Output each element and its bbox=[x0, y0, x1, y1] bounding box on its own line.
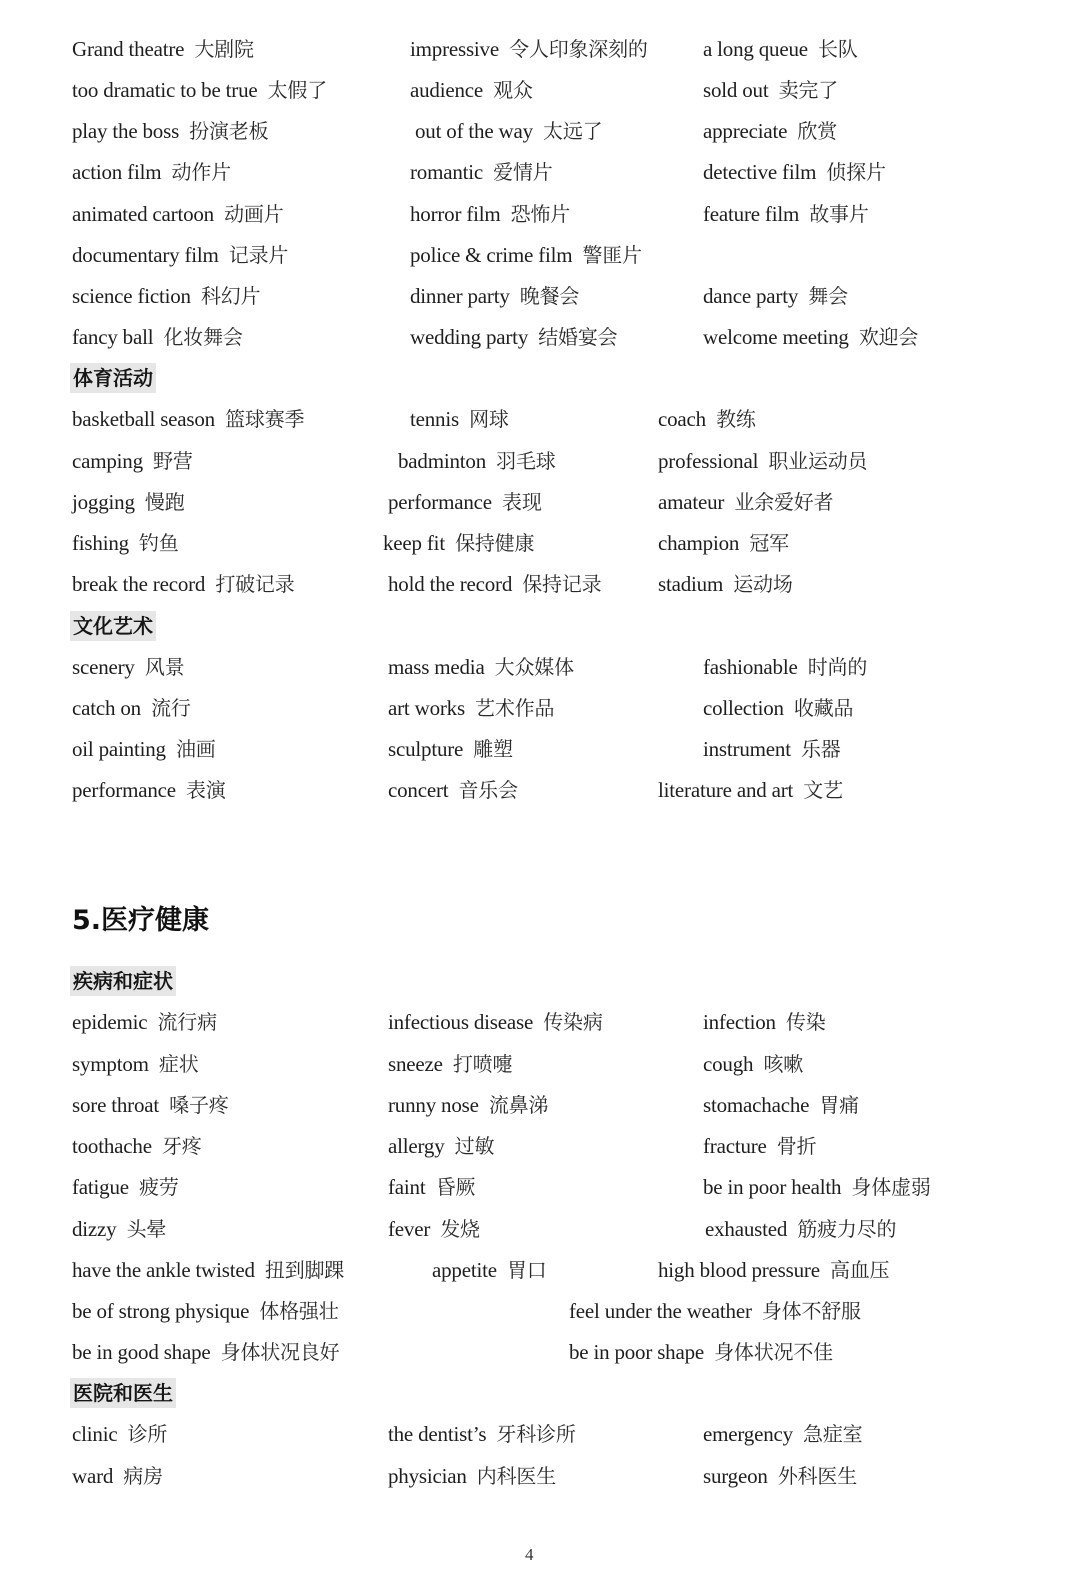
english-term: camping bbox=[72, 449, 143, 473]
vocab-entry: police & crime film 警匪片 bbox=[410, 241, 642, 269]
chinese-translation: 嗓子疼 bbox=[169, 1093, 228, 1117]
vocab-entry: amateur 业余爱好者 bbox=[658, 488, 833, 516]
vocab-entry: mass media 大众媒体 bbox=[388, 653, 574, 681]
vocab-entry: animated cartoon 动画片 bbox=[72, 200, 284, 228]
chinese-translation: 过敏 bbox=[455, 1134, 495, 1158]
english-term: clinic bbox=[72, 1422, 117, 1446]
vocab-entry: feature film 故事片 bbox=[703, 200, 869, 228]
chinese-translation: 表演 bbox=[186, 778, 226, 802]
vocab-entry: detective film 侦探片 bbox=[703, 158, 886, 186]
chinese-translation: 化妆舞会 bbox=[163, 325, 242, 349]
chinese-translation: 身体虚弱 bbox=[851, 1175, 930, 1199]
chinese-translation: 身体状况良好 bbox=[221, 1340, 340, 1364]
vocab-entry: runny nose 流鼻涕 bbox=[388, 1091, 548, 1119]
vocab-entry: infectious disease 传染病 bbox=[388, 1008, 603, 1036]
category-heading: 文化艺术 bbox=[70, 611, 156, 641]
vocab-entry: badminton 羽毛球 bbox=[398, 447, 556, 475]
english-term: action film bbox=[72, 160, 161, 184]
english-term: epidemic bbox=[72, 1010, 147, 1034]
english-term: horror film bbox=[410, 202, 501, 226]
chinese-translation: 打喷嚏 bbox=[453, 1052, 512, 1076]
vocab-entry: fatigue 疲劳 bbox=[72, 1173, 179, 1201]
vocab-entry: art works 艺术作品 bbox=[388, 694, 554, 722]
chinese-translation: 症状 bbox=[159, 1052, 199, 1076]
chinese-translation: 内科医生 bbox=[477, 1464, 556, 1488]
chinese-translation: 保持健康 bbox=[455, 531, 534, 555]
category-heading: 医院和医生 bbox=[70, 1378, 176, 1408]
vocab-entry: fishing 钓鱼 bbox=[72, 529, 179, 557]
english-term: hold the record bbox=[388, 572, 512, 596]
chinese-translation: 网球 bbox=[469, 407, 509, 431]
chinese-translation: 音乐会 bbox=[459, 778, 518, 802]
chinese-translation: 野营 bbox=[153, 449, 193, 473]
chinese-translation: 太远了 bbox=[543, 119, 602, 143]
english-term: ward bbox=[72, 1464, 113, 1488]
english-term: professional bbox=[658, 449, 758, 473]
english-term: appreciate bbox=[703, 119, 787, 143]
vocab-entry: dinner party 晚餐会 bbox=[410, 282, 579, 310]
chinese-translation: 牙科诊所 bbox=[496, 1422, 575, 1446]
english-term: allergy bbox=[388, 1134, 445, 1158]
vocab-entry: welcome meeting 欢迎会 bbox=[703, 323, 918, 351]
chinese-translation: 流行 bbox=[151, 696, 191, 720]
english-term: surgeon bbox=[703, 1464, 768, 1488]
vocab-entry: allergy 过敏 bbox=[388, 1132, 494, 1160]
vocab-entry: performance 表演 bbox=[72, 776, 226, 804]
vocab-entry: literature and art 文艺 bbox=[658, 776, 843, 804]
english-term: too dramatic to be true bbox=[72, 78, 258, 102]
vocab-entry: collection 收藏品 bbox=[703, 694, 853, 722]
vocab-entry: wedding party 结婚宴会 bbox=[410, 323, 617, 351]
vocab-entry: stadium 运动场 bbox=[658, 570, 793, 598]
chinese-translation: 动画片 bbox=[224, 202, 283, 226]
chinese-translation: 身体状况不佳 bbox=[714, 1340, 833, 1364]
english-term: scenery bbox=[72, 655, 135, 679]
vocab-entry: faint 昏厥 bbox=[388, 1173, 475, 1201]
chinese-translation: 发烧 bbox=[440, 1217, 480, 1241]
english-term: faint bbox=[388, 1175, 425, 1199]
english-term: be in good shape bbox=[72, 1340, 211, 1364]
english-term: detective film bbox=[703, 160, 816, 184]
chinese-translation: 扮演老板 bbox=[189, 119, 268, 143]
english-term: concert bbox=[388, 778, 448, 802]
chinese-translation: 诊所 bbox=[128, 1422, 168, 1446]
english-term: literature and art bbox=[658, 778, 793, 802]
vocab-entry: fashionable 时尚的 bbox=[703, 653, 867, 681]
chinese-translation: 太假了 bbox=[268, 78, 327, 102]
vocab-entry: be in poor shape 身体状况不佳 bbox=[569, 1338, 833, 1366]
chinese-translation: 羽毛球 bbox=[496, 449, 555, 473]
vocab-entry: romantic 爱情片 bbox=[410, 158, 553, 186]
chinese-translation: 欢迎会 bbox=[859, 325, 918, 349]
english-term: fatigue bbox=[72, 1175, 129, 1199]
english-term: fashionable bbox=[703, 655, 798, 679]
chinese-translation: 冠军 bbox=[749, 531, 789, 555]
vocab-entry: dizzy 头晕 bbox=[72, 1215, 166, 1243]
chinese-translation: 钓鱼 bbox=[139, 531, 179, 555]
vocab-entry: the dentist’s 牙科诊所 bbox=[388, 1420, 576, 1448]
vocab-entry: sculpture 雕塑 bbox=[388, 735, 513, 763]
vocab-entry: be in poor health 身体虚弱 bbox=[703, 1173, 931, 1201]
vocab-entry: professional 职业运动员 bbox=[658, 447, 867, 475]
chinese-translation: 打破记录 bbox=[215, 572, 294, 596]
chinese-translation: 流鼻涕 bbox=[489, 1093, 548, 1117]
english-term: cough bbox=[703, 1052, 753, 1076]
chinese-translation: 身体不舒服 bbox=[762, 1299, 861, 1323]
chinese-translation: 大众媒体 bbox=[495, 655, 574, 679]
chinese-translation: 结婚宴会 bbox=[538, 325, 617, 349]
vocabulary-page: Grand theatre 大剧院impressive 令人印象深刻的a lon… bbox=[0, 0, 1080, 1577]
category-heading: 疾病和症状 bbox=[70, 966, 176, 996]
vocab-entry: fracture 骨折 bbox=[703, 1132, 816, 1160]
english-term: basketball season bbox=[72, 407, 215, 431]
vocab-entry: infection 传染 bbox=[703, 1008, 826, 1036]
chinese-translation: 大剧院 bbox=[194, 37, 253, 61]
vocab-entry: be of strong physique 体格强壮 bbox=[72, 1297, 339, 1325]
chinese-translation: 传染病 bbox=[543, 1010, 602, 1034]
english-term: collection bbox=[703, 696, 784, 720]
chinese-translation: 职业运动员 bbox=[768, 449, 867, 473]
english-term: be in poor shape bbox=[569, 1340, 704, 1364]
vocab-entry: be in good shape 身体状况良好 bbox=[72, 1338, 339, 1366]
vocab-entry: cough 咳嗽 bbox=[703, 1050, 803, 1078]
chinese-translation: 疲劳 bbox=[139, 1175, 179, 1199]
vocab-entry: clinic 诊所 bbox=[72, 1420, 167, 1448]
chinese-translation: 艺术作品 bbox=[475, 696, 554, 720]
chinese-translation: 警匪片 bbox=[583, 243, 642, 267]
english-term: the dentist’s bbox=[388, 1422, 486, 1446]
chinese-translation: 侦探片 bbox=[826, 160, 885, 184]
english-term: infectious disease bbox=[388, 1010, 533, 1034]
english-term: catch on bbox=[72, 696, 141, 720]
chinese-translation: 舞会 bbox=[808, 284, 848, 308]
english-term: welcome meeting bbox=[703, 325, 849, 349]
english-term: police & crime film bbox=[410, 243, 572, 267]
vocab-entry: performance 表现 bbox=[388, 488, 542, 516]
vocab-entry: tennis 网球 bbox=[410, 405, 509, 433]
english-term: high blood pressure bbox=[658, 1258, 820, 1282]
vocab-entry: sore throat 嗓子疼 bbox=[72, 1091, 229, 1119]
chinese-translation: 头晕 bbox=[127, 1217, 167, 1241]
page-number: 4 bbox=[525, 1545, 534, 1565]
vocab-entry: champion 冠军 bbox=[658, 529, 789, 557]
chinese-translation: 胃口 bbox=[507, 1258, 547, 1282]
vocab-entry: appetite 胃口 bbox=[432, 1256, 547, 1284]
english-term: stadium bbox=[658, 572, 723, 596]
english-term: stomachache bbox=[703, 1093, 809, 1117]
english-term: fracture bbox=[703, 1134, 767, 1158]
english-term: instrument bbox=[703, 737, 791, 761]
english-term: be in poor health bbox=[703, 1175, 841, 1199]
vocab-entry: Grand theatre 大剧院 bbox=[72, 35, 254, 63]
vocab-entry: fancy ball 化妆舞会 bbox=[72, 323, 243, 351]
vocab-entry: physician 内科医生 bbox=[388, 1462, 556, 1490]
english-term: impressive bbox=[410, 37, 499, 61]
chinese-translation: 高血压 bbox=[830, 1258, 889, 1282]
chinese-translation: 收藏品 bbox=[794, 696, 853, 720]
english-term: romantic bbox=[410, 160, 483, 184]
vocab-entry: oil painting 油画 bbox=[72, 735, 216, 763]
vocab-entry: sold out 卖完了 bbox=[703, 76, 838, 104]
english-term: animated cartoon bbox=[72, 202, 214, 226]
vocab-entry: impressive 令人印象深刻的 bbox=[410, 35, 648, 63]
chinese-translation: 动作片 bbox=[171, 160, 230, 184]
english-term: sculpture bbox=[388, 737, 463, 761]
chinese-translation: 慢跑 bbox=[145, 490, 185, 514]
chinese-translation: 病房 bbox=[123, 1464, 163, 1488]
english-term: oil painting bbox=[72, 737, 166, 761]
english-term: sore throat bbox=[72, 1093, 159, 1117]
chinese-translation: 骨折 bbox=[777, 1134, 817, 1158]
english-term: have the ankle twisted bbox=[72, 1258, 255, 1282]
chinese-translation: 胃痛 bbox=[819, 1093, 859, 1117]
english-term: documentary film bbox=[72, 243, 219, 267]
chinese-translation: 爱情片 bbox=[493, 160, 552, 184]
english-term: performance bbox=[72, 778, 176, 802]
vocab-entry: concert 音乐会 bbox=[388, 776, 518, 804]
section-title: 5.医疗健康 bbox=[72, 903, 209, 939]
vocab-entry: a long queue 长队 bbox=[703, 35, 858, 63]
english-term: fancy ball bbox=[72, 325, 153, 349]
english-term: champion bbox=[658, 531, 739, 555]
vocab-entry: break the record 打破记录 bbox=[72, 570, 295, 598]
english-term: performance bbox=[388, 490, 492, 514]
vocab-entry: instrument 乐器 bbox=[703, 735, 841, 763]
vocab-entry: symptom 症状 bbox=[72, 1050, 199, 1078]
vocab-entry: surgeon 外科医生 bbox=[703, 1462, 857, 1490]
vocab-entry: audience 观众 bbox=[410, 76, 533, 104]
english-term: emergency bbox=[703, 1422, 793, 1446]
chinese-translation: 表现 bbox=[502, 490, 542, 514]
chinese-translation: 乐器 bbox=[801, 737, 841, 761]
english-term: break the record bbox=[72, 572, 205, 596]
chinese-translation: 雕塑 bbox=[473, 737, 513, 761]
vocab-entry: sneeze 打喷嚏 bbox=[388, 1050, 512, 1078]
english-term: feature film bbox=[703, 202, 799, 226]
chinese-translation: 体格强壮 bbox=[259, 1299, 338, 1323]
vocab-entry: emergency 急症室 bbox=[703, 1420, 862, 1448]
vocab-entry: toothache 牙疼 bbox=[72, 1132, 202, 1160]
chinese-translation: 观众 bbox=[493, 78, 533, 102]
chinese-translation: 咳嗽 bbox=[763, 1052, 803, 1076]
vocab-entry: scenery 风景 bbox=[72, 653, 184, 681]
vocab-entry: appreciate 欣赏 bbox=[703, 117, 837, 145]
english-term: Grand theatre bbox=[72, 37, 184, 61]
chinese-translation: 业余爱好者 bbox=[734, 490, 833, 514]
vocab-entry: action film 动作片 bbox=[72, 158, 231, 186]
english-term: play the boss bbox=[72, 119, 179, 143]
english-term: out of the way bbox=[415, 119, 533, 143]
chinese-translation: 晚餐会 bbox=[520, 284, 579, 308]
english-term: art works bbox=[388, 696, 465, 720]
vocab-entry: keep fit 保持健康 bbox=[383, 529, 534, 557]
chinese-translation: 扭到脚踝 bbox=[265, 1258, 344, 1282]
english-term: fever bbox=[388, 1217, 430, 1241]
chinese-translation: 篮球赛季 bbox=[225, 407, 304, 431]
english-term: sneeze bbox=[388, 1052, 443, 1076]
english-term: toothache bbox=[72, 1134, 152, 1158]
english-term: dinner party bbox=[410, 284, 510, 308]
english-term: a long queue bbox=[703, 37, 808, 61]
english-term: keep fit bbox=[383, 531, 445, 555]
english-term: be of strong physique bbox=[72, 1299, 249, 1323]
english-term: physician bbox=[388, 1464, 467, 1488]
chinese-translation: 运动场 bbox=[733, 572, 792, 596]
chinese-translation: 时尚的 bbox=[808, 655, 867, 679]
english-term: amateur bbox=[658, 490, 724, 514]
vocab-entry: coach 教练 bbox=[658, 405, 756, 433]
vocab-entry: out of the way 太远了 bbox=[415, 117, 602, 145]
english-term: infection bbox=[703, 1010, 776, 1034]
chinese-translation: 牙疼 bbox=[162, 1134, 202, 1158]
vocab-entry: fever 发烧 bbox=[388, 1215, 480, 1243]
vocab-entry: horror film 恐怖片 bbox=[410, 200, 570, 228]
vocab-entry: feel under the weather 身体不舒服 bbox=[569, 1297, 861, 1325]
vocab-entry: ward 病房 bbox=[72, 1462, 163, 1490]
vocab-entry: have the ankle twisted 扭到脚踝 bbox=[72, 1256, 344, 1284]
chinese-translation: 风景 bbox=[145, 655, 185, 679]
chinese-translation: 外科医生 bbox=[778, 1464, 857, 1488]
chinese-translation: 保持记录 bbox=[522, 572, 601, 596]
english-term: audience bbox=[410, 78, 483, 102]
chinese-translation: 故事片 bbox=[809, 202, 868, 226]
chinese-translation: 科幻片 bbox=[201, 284, 260, 308]
chinese-translation: 流行病 bbox=[157, 1010, 216, 1034]
vocab-entry: high blood pressure 高血压 bbox=[658, 1256, 889, 1284]
english-term: wedding party bbox=[410, 325, 528, 349]
vocab-entry: play the boss 扮演老板 bbox=[72, 117, 268, 145]
english-term: jogging bbox=[72, 490, 135, 514]
chinese-translation: 记录片 bbox=[229, 243, 288, 267]
chinese-translation: 教练 bbox=[716, 407, 756, 431]
chinese-translation: 传染 bbox=[786, 1010, 826, 1034]
english-term: coach bbox=[658, 407, 706, 431]
vocab-entry: exhausted 筋疲力尽的 bbox=[705, 1215, 896, 1243]
english-term: feel under the weather bbox=[569, 1299, 752, 1323]
english-term: science fiction bbox=[72, 284, 191, 308]
chinese-translation: 卖完了 bbox=[779, 78, 838, 102]
english-term: dance party bbox=[703, 284, 798, 308]
vocab-entry: jogging 慢跑 bbox=[72, 488, 185, 516]
vocab-entry: catch on 流行 bbox=[72, 694, 191, 722]
chinese-translation: 文艺 bbox=[803, 778, 843, 802]
vocab-entry: camping 野营 bbox=[72, 447, 193, 475]
chinese-translation: 油画 bbox=[176, 737, 216, 761]
chinese-translation: 令人印象深刻的 bbox=[509, 37, 648, 61]
vocab-entry: basketball season 篮球赛季 bbox=[72, 405, 304, 433]
english-term: runny nose bbox=[388, 1093, 479, 1117]
english-term: mass media bbox=[388, 655, 485, 679]
english-term: exhausted bbox=[705, 1217, 787, 1241]
chinese-translation: 昏厥 bbox=[436, 1175, 476, 1199]
english-term: dizzy bbox=[72, 1217, 116, 1241]
vocab-entry: hold the record 保持记录 bbox=[388, 570, 601, 598]
english-term: badminton bbox=[398, 449, 486, 473]
category-heading: 体育活动 bbox=[70, 363, 156, 393]
chinese-translation: 急症室 bbox=[803, 1422, 862, 1446]
english-term: fishing bbox=[72, 531, 129, 555]
vocab-entry: epidemic 流行病 bbox=[72, 1008, 217, 1036]
english-term: sold out bbox=[703, 78, 769, 102]
vocab-entry: dance party 舞会 bbox=[703, 282, 848, 310]
english-term: appetite bbox=[432, 1258, 497, 1282]
chinese-translation: 长队 bbox=[818, 37, 858, 61]
english-term: tennis bbox=[410, 407, 459, 431]
chinese-translation: 恐怖片 bbox=[511, 202, 570, 226]
vocab-entry: stomachache 胃痛 bbox=[703, 1091, 859, 1119]
english-term: symptom bbox=[72, 1052, 149, 1076]
vocab-entry: documentary film 记录片 bbox=[72, 241, 288, 269]
vocab-entry: science fiction 科幻片 bbox=[72, 282, 260, 310]
chinese-translation: 筋疲力尽的 bbox=[797, 1217, 896, 1241]
vocab-entry: too dramatic to be true 太假了 bbox=[72, 76, 327, 104]
chinese-translation: 欣赏 bbox=[797, 119, 837, 143]
